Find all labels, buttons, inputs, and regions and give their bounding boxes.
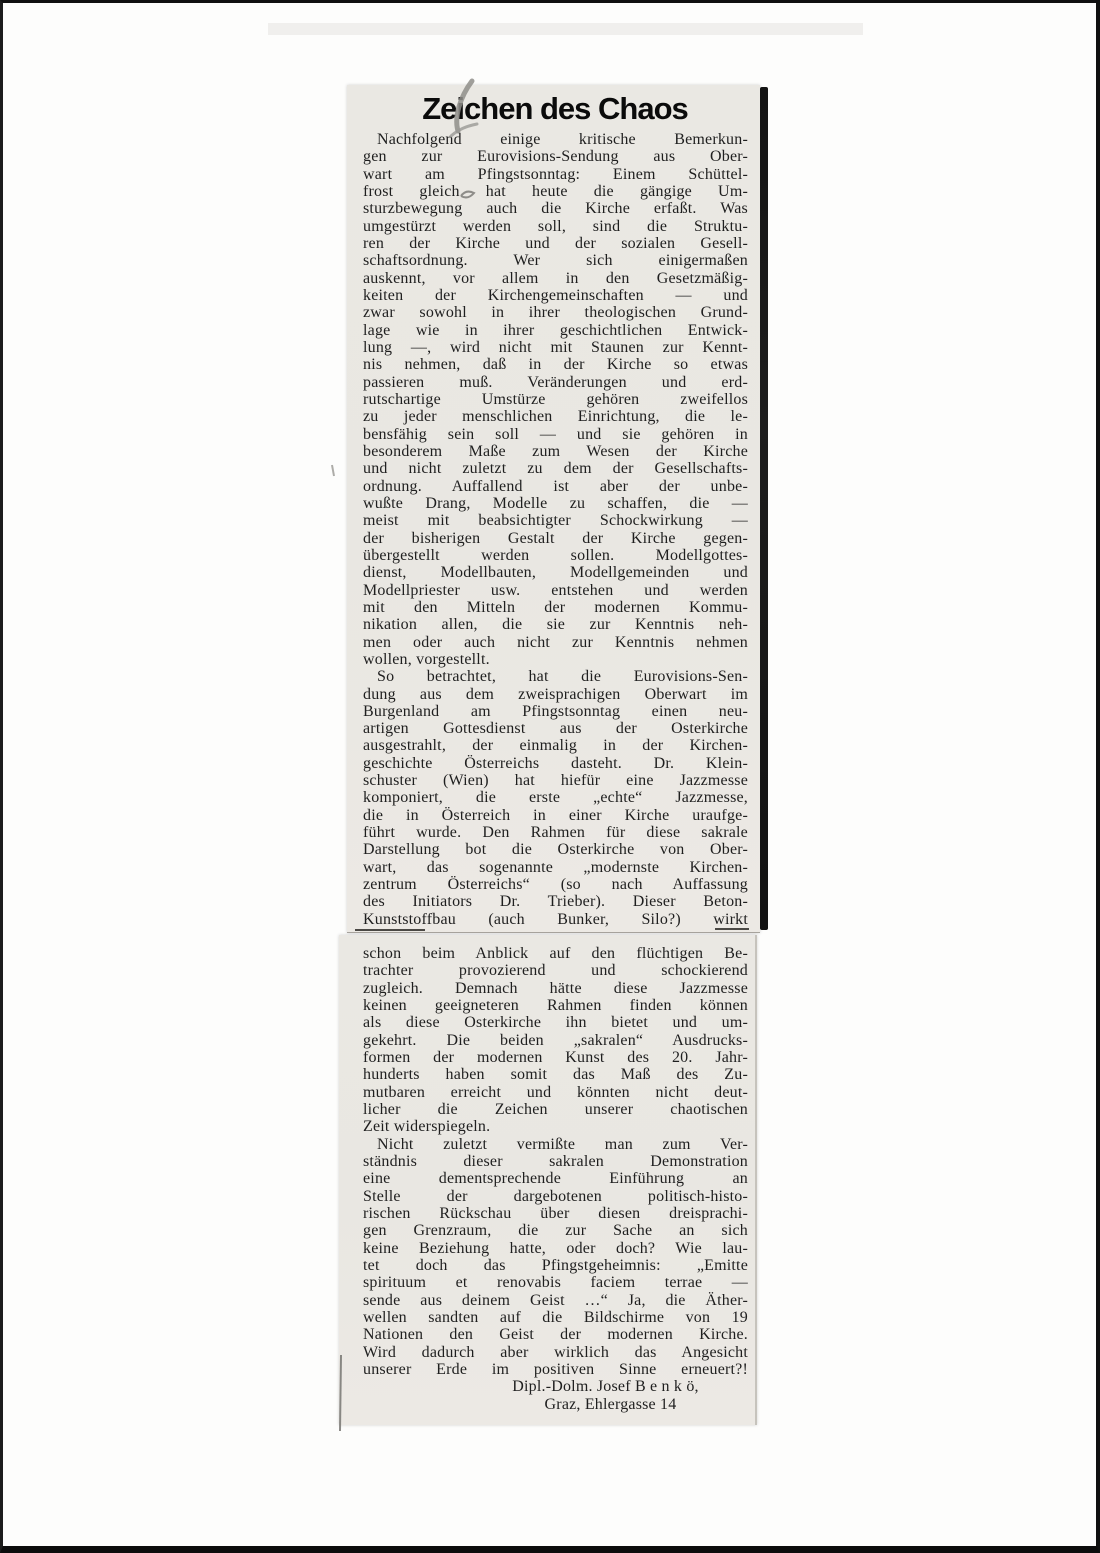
scanner-artifact-band bbox=[268, 23, 863, 35]
clipping-piece-bottom: schon beim Anblick auf den flüchtigen Be… bbox=[339, 935, 757, 1425]
clipping-edge-bar bbox=[760, 87, 768, 930]
article-line: auskennt, vor allem in den Gesetzmäßig- bbox=[363, 270, 748, 287]
article-line: licher die Zeichen unserer chaotischen bbox=[363, 1101, 748, 1118]
article-line: ordnung. Auffallend ist aber der unbe- bbox=[363, 478, 748, 495]
article-line: unserer Erde im positiven Sinne erneuert… bbox=[363, 1361, 748, 1378]
article-line: Wird dadurch aber wirklich das Angesicht bbox=[363, 1344, 748, 1361]
article-line: nis nehmen, daß in der Kirche so etwas bbox=[363, 356, 748, 373]
article-line: trachter provozierend und schockierend bbox=[363, 962, 748, 979]
article-line: rischen Rückschau über diesen dreisprach… bbox=[363, 1205, 748, 1222]
article-line: Nachfolgend einige kritische Bemerkun- bbox=[363, 131, 748, 148]
article-line: zugleich. Demnach hätte diese Jazzmesse bbox=[363, 980, 748, 997]
article-line: sende aus deinem Geist …“ Ja, die Äther- bbox=[363, 1292, 748, 1309]
article-line: besonderem Maße zum Wesen der Kirche bbox=[363, 443, 748, 460]
article-line: ren der Kirche und der sozialen Gesell- bbox=[363, 235, 748, 252]
article-line: bensfähig sein soll — und sie gehören in bbox=[363, 426, 748, 443]
article-line: als diese Osterkirche ihn bietet und um- bbox=[363, 1014, 748, 1031]
article-line: und nicht zuletzt zu dem der Gesellschaf… bbox=[363, 460, 748, 477]
article-line: Dipl.-Dolm. Josef B e n k ö, bbox=[363, 1378, 748, 1395]
article-line: der bisherigen Gestalt der Kirche gegen- bbox=[363, 530, 748, 547]
article-line: geschichte Österreichs dasteht. Dr. Klei… bbox=[363, 755, 748, 772]
article-line: schon beim Anblick auf den flüchtigen Be… bbox=[363, 945, 748, 962]
article-line: ausgestrahlt, der einmalig in der Kirche… bbox=[363, 737, 748, 754]
article-line: So betrachtet, hat die Eurovisions-Sen- bbox=[363, 668, 748, 685]
article-line: Graz, Ehlergasse 14 bbox=[363, 1396, 748, 1413]
torn-edge-mark bbox=[715, 928, 749, 930]
article-line: mutbaren erreicht und könnten nicht deut… bbox=[363, 1084, 748, 1101]
article-line: mit den Mitteln der modernen Kommu- bbox=[363, 599, 748, 616]
article-line: Kunststoffbau (auch Bunker, Silo?) wirkt bbox=[363, 911, 748, 928]
article-line: tet doch das Pfingstgeheimnis: „Emitte bbox=[363, 1257, 748, 1274]
article-line: Darstellung bot die Osterkirche von Ober… bbox=[363, 841, 748, 858]
article-line: keine Beziehung hatte, oder doch? Wie la… bbox=[363, 1240, 748, 1257]
article-line: gen Grenzraum, die zur Sache an sich bbox=[363, 1222, 748, 1239]
article-line: passieren muß. Veränderungen und erd- bbox=[363, 374, 748, 391]
article-line: komponiert, die erste „echte“ Jazzmesse, bbox=[363, 789, 748, 806]
article-line: lung —, wird nicht mit Staunen zur Kennt… bbox=[363, 339, 748, 356]
article-line: eine dementsprechende Einführung an bbox=[363, 1170, 748, 1187]
article-line: übergestellt werden sollen. Modellgottes… bbox=[363, 547, 748, 564]
article-line: wart am Pfingstsonntag: Einem Schüttel- bbox=[363, 166, 748, 183]
article-line: dienst, Modellbauten, Modellgemeinden un… bbox=[363, 564, 748, 581]
article-line: des Initiators Dr. Trieber). Dieser Beto… bbox=[363, 893, 748, 910]
article-line: umgestürzt werden soll, sind die Struktu… bbox=[363, 218, 748, 235]
article-headline: Zeichen des Chaos bbox=[363, 89, 747, 131]
article-line: wart, das sogenannte „modernste Kirchen- bbox=[363, 859, 748, 876]
article-line: nikation allen, die sie zur Kenntnis neh… bbox=[363, 616, 748, 633]
article-line: keinen geeigneteren Rahmen finden können bbox=[363, 997, 748, 1014]
article-line: die in Österreich in einer Kirche uraufg… bbox=[363, 807, 748, 824]
article-line: frost gleich hat heute die gängige Um- bbox=[363, 183, 748, 200]
article-column-bottom: schon beim Anblick auf den flüchtigen Be… bbox=[363, 945, 748, 1413]
article-line: Zeit widerspiegeln. bbox=[363, 1118, 748, 1135]
article-line: wellen sandten auf die Bildschirme von 1… bbox=[363, 1309, 748, 1326]
article-line: Nicht zuletzt vermißte man zum Ver- bbox=[363, 1136, 748, 1153]
article-line: sturzbewegung auch die Kirche erfaßt. Wa… bbox=[363, 200, 748, 217]
article-line: wollen, vorgestellt. bbox=[363, 651, 748, 668]
article-line: zentrum Österreichs“ (so nach Auffassung bbox=[363, 876, 748, 893]
article-column-top: Nachfolgend einige kritische Bemerkun-ge… bbox=[363, 131, 748, 928]
article-line: wußte Drang, Modelle zu schaffen, die — bbox=[363, 495, 748, 512]
article-line: hunderts haben somit das Maß des Zu- bbox=[363, 1066, 748, 1083]
torn-edge-mark bbox=[355, 929, 425, 931]
article-line: ständnis dieser sakralen Demonstration bbox=[363, 1153, 748, 1170]
article-line: men oder auch nicht zur Kenntnis nehmen bbox=[363, 634, 748, 651]
article-line: rutschartige Umstürze gehören zweifellos bbox=[363, 391, 748, 408]
article-line: keiten der Kirchengemeinschaften — und bbox=[363, 287, 748, 304]
scanned-page: Zeichen des Chaos Nachfolgend einige kri… bbox=[0, 0, 1100, 1553]
article-line: Modellpriester usw. entstehen und werden bbox=[363, 582, 748, 599]
article-line: führt wurde. Den Rahmen für diese sakral… bbox=[363, 824, 748, 841]
article-line: zwar sowohl in ihrer theologischen Grund… bbox=[363, 304, 748, 321]
article-line: Nationen den Geist der modernen Kirche. bbox=[363, 1326, 748, 1343]
article-line: artigen Gottesdienst aus der Osterkirche bbox=[363, 720, 748, 737]
article-line: meist mit beabsichtigter Schockwirkung — bbox=[363, 512, 748, 529]
article-line: gen zur Eurovisions-Sendung aus Ober- bbox=[363, 148, 748, 165]
article-line: spirituum et renovabis faciem terrae — bbox=[363, 1274, 748, 1291]
article-line: Stelle der dargebotenen politisch-histo- bbox=[363, 1188, 748, 1205]
article-line: dung aus dem zweisprachigen Oberwart im bbox=[363, 686, 748, 703]
article-line: schuster (Wien) hat hiefür eine Jazzmess… bbox=[363, 772, 748, 789]
article-line: schaftsordnung. Wer sich einigermaßen bbox=[363, 252, 748, 269]
clipping-piece-top: Zeichen des Chaos Nachfolgend einige kri… bbox=[347, 85, 760, 933]
article-line: lage wie in ihrer geschichtlichen Entwic… bbox=[363, 322, 748, 339]
article-line: gekehrt. Die beiden „sakralen“ Ausdrucks… bbox=[363, 1032, 748, 1049]
article-line: Burgenland am Pfingstsonntag einen neu- bbox=[363, 703, 748, 720]
article-line: zu jeder menschlichen Einrichtung, die l… bbox=[363, 408, 748, 425]
article-line: formen der modernen Kunst des 20. Jahr- bbox=[363, 1049, 748, 1066]
